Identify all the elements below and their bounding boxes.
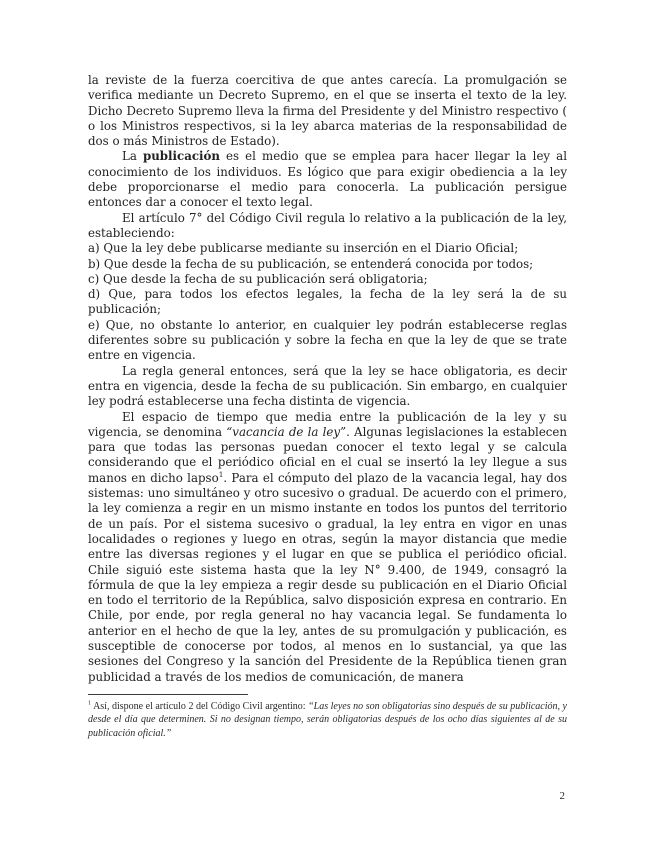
paragraph: b) Que desde la fecha de su publicación,…: [88, 257, 567, 272]
text-run: b) Que desde la fecha de su publicación,…: [88, 257, 533, 271]
text-run: e) Que, no obstante lo anterior, en cual…: [88, 318, 567, 363]
paragraph: la reviste de la fuerza coercitiva de qu…: [88, 73, 567, 149]
text-run: La: [122, 149, 143, 163]
text-run: d) Que, para todos los efectos legales, …: [88, 287, 567, 316]
text-run: Así, dispone el artículo 2 del Código Ci…: [91, 701, 308, 712]
document-page: la reviste de la fuerza coercitiva de qu…: [0, 0, 655, 848]
paragraph: La regla general entonces, será que la l…: [88, 364, 567, 410]
footnote: 1 Así, dispone el artículo 2 del Código …: [88, 694, 567, 741]
text-run: . Para el cómputo del plazo de la vacanc…: [88, 471, 567, 684]
text-run: la reviste de la fuerza coercitiva de qu…: [88, 73, 567, 148]
text-run: c) Que desde la fecha de su publicación …: [88, 272, 428, 286]
text-run: a) Que la ley debe publicarse mediante s…: [88, 241, 518, 255]
document-body: la reviste de la fuerza coercitiva de qu…: [88, 73, 567, 685]
text-run: El artículo 7° del Código Civil regula l…: [88, 211, 567, 240]
paragraph: El artículo 7° del Código Civil regula l…: [88, 211, 567, 242]
paragraph: c) Que desde la fecha de su publicación …: [88, 272, 567, 287]
paragraph: La publicación es el medio que se emplea…: [88, 149, 567, 210]
paragraph: El espacio de tiempo que media entre la …: [88, 410, 567, 685]
paragraph: e) Que, no obstante lo anterior, en cual…: [88, 318, 567, 364]
text-run: “vacancia de la ley”: [226, 425, 346, 439]
paragraph: a) Que la ley debe publicarse mediante s…: [88, 241, 567, 256]
text-run: publicación: [143, 149, 220, 163]
text-run: La regla general entonces, será que la l…: [88, 364, 567, 409]
footnote-rule: [88, 694, 248, 695]
content-area: la reviste de la fuerza coercitiva de qu…: [88, 73, 567, 740]
page-number: 2: [560, 790, 566, 802]
paragraph: d) Que, para todos los efectos legales, …: [88, 287, 567, 318]
footnote-text: 1 Así, dispone el artículo 2 del Código …: [88, 700, 567, 741]
